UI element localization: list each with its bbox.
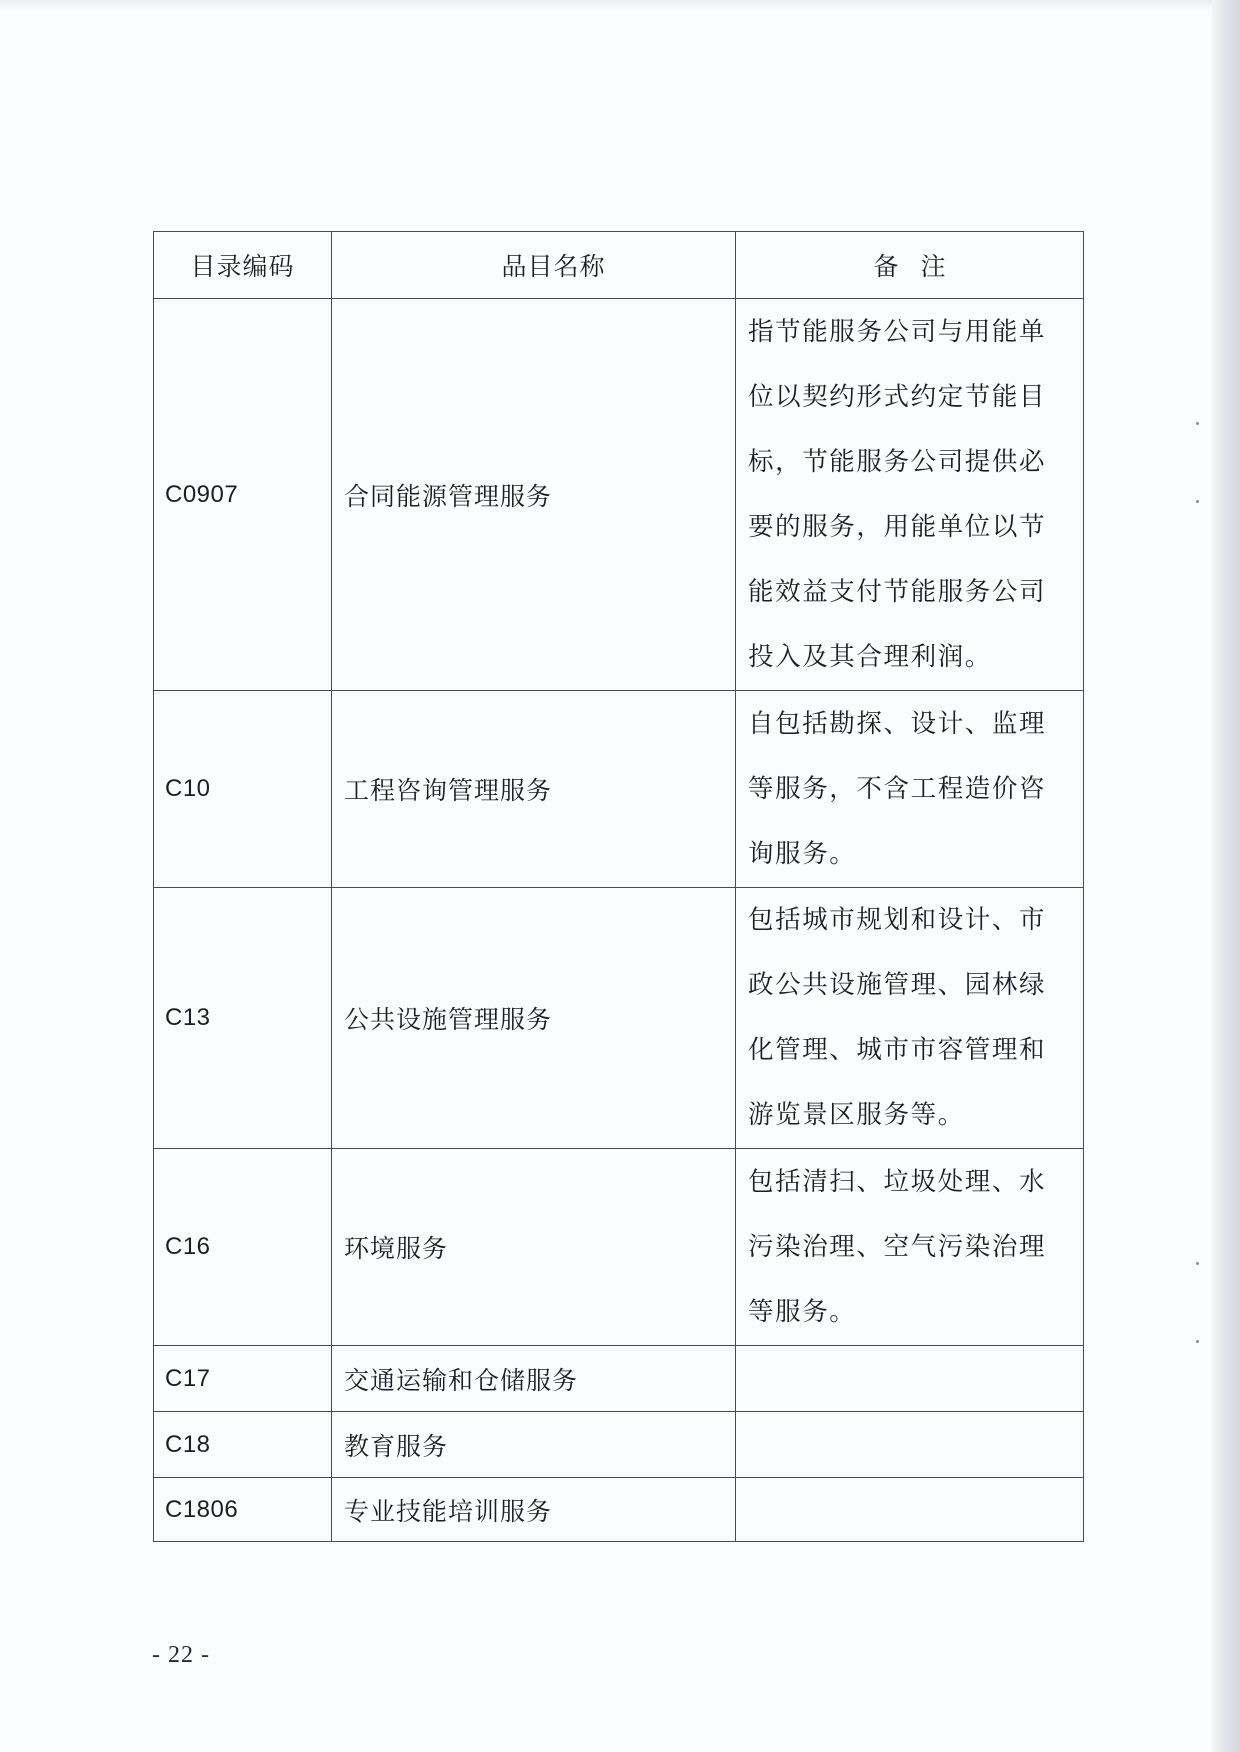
remarks-line: 投入及其合理利润。 [748,625,1077,690]
remarks-line: 等服务。 [748,1280,1077,1345]
item-name: 公共设施管理服务 [332,888,736,1149]
remarks-line: 指节能服务公司与用能单 [748,300,1077,365]
remarks: 自包括勘探、设计、监理 等服务，不含工程造价咨 询服务。 [736,691,1084,888]
catalog-code: C10 [154,691,332,888]
header-remarks-char-2: 注 [921,252,946,281]
remarks-line: 位以契约形式约定节能目 [748,365,1077,430]
catalog-code: C1806 [154,1478,332,1542]
remarks-line: 包括城市规划和设计、市 [748,888,1077,953]
table-row: C16 环境服务 包括清扫、垃圾处理、水 污染治理、空气污染治理 等服务。 [154,1149,1084,1346]
remarks: 包括清扫、垃圾处理、水 污染治理、空气污染治理 等服务。 [736,1149,1084,1346]
remarks [736,1412,1084,1478]
item-name: 教育服务 [332,1412,736,1478]
header-catalog-code: 目录编码 [154,232,332,299]
table-row: C10 工程咨询管理服务 自包括勘探、设计、监理 等服务，不含工程造价咨 询服务… [154,691,1084,888]
remarks [736,1346,1084,1412]
catalog-code: C16 [154,1149,332,1346]
scan-speck [1196,1340,1199,1343]
header-remarks: 备注 [736,232,1084,299]
catalog-code: C13 [154,888,332,1149]
remarks-line: 游览景区服务等。 [748,1083,1077,1148]
remarks-line: 标，节能服务公司提供必 [748,430,1077,495]
item-name: 交通运输和仓储服务 [332,1346,736,1412]
catalog-code: C18 [154,1412,332,1478]
scan-speck [1196,1262,1199,1265]
remarks [736,1478,1084,1542]
catalog-code: C0907 [154,299,332,691]
scan-page-edge [1212,0,1240,1752]
remarks-line: 能效益支付节能服务公司 [748,560,1077,625]
catalog-code: C17 [154,1346,332,1412]
remarks-line: 等服务，不含工程造价咨 [748,757,1077,822]
table-header-row: 目录编码 品目名称 备注 [154,232,1084,299]
procurement-catalog-table: 目录编码 品目名称 备注 C0907 合同能源管理服务 指节能服务公司与用能单 … [153,231,1084,1542]
remarks-line: 询服务。 [748,822,1077,887]
remarks-line: 包括清扫、垃圾处理、水 [748,1150,1077,1215]
table-row: C17 交通运输和仓储服务 [154,1346,1084,1412]
scan-speck [1196,500,1199,503]
item-name: 工程咨询管理服务 [332,691,736,888]
remarks-line: 污染治理、空气污染治理 [748,1215,1077,1280]
remarks: 指节能服务公司与用能单 位以契约形式约定节能目 标，节能服务公司提供必 要的服务… [736,299,1084,691]
table-row: C18 教育服务 [154,1412,1084,1478]
item-name: 环境服务 [332,1149,736,1346]
remarks-line: 化管理、城市市容管理和 [748,1018,1077,1083]
header-remarks-char-1: 备 [873,252,898,281]
table-row: C1806 专业技能培训服务 [154,1478,1084,1542]
remarks: 包括城市规划和设计、市 政公共设施管理、园林绿 化管理、城市市容管理和 游览景区… [736,888,1084,1149]
remarks-line: 自包括勘探、设计、监理 [748,692,1077,757]
item-name: 合同能源管理服务 [332,299,736,691]
scan-top-shadow [0,0,1240,10]
item-name: 专业技能培训服务 [332,1478,736,1542]
table-row: C13 公共设施管理服务 包括城市规划和设计、市 政公共设施管理、园林绿 化管理… [154,888,1084,1149]
remarks-line: 要的服务，用能单位以节 [748,495,1077,560]
header-item-name: 品目名称 [332,232,736,299]
page-number: - 22 - [152,1642,210,1669]
scan-speck [1196,422,1199,425]
table-row: C0907 合同能源管理服务 指节能服务公司与用能单 位以契约形式约定节能目 标… [154,299,1084,691]
remarks-line: 政公共设施管理、园林绿 [748,953,1077,1018]
